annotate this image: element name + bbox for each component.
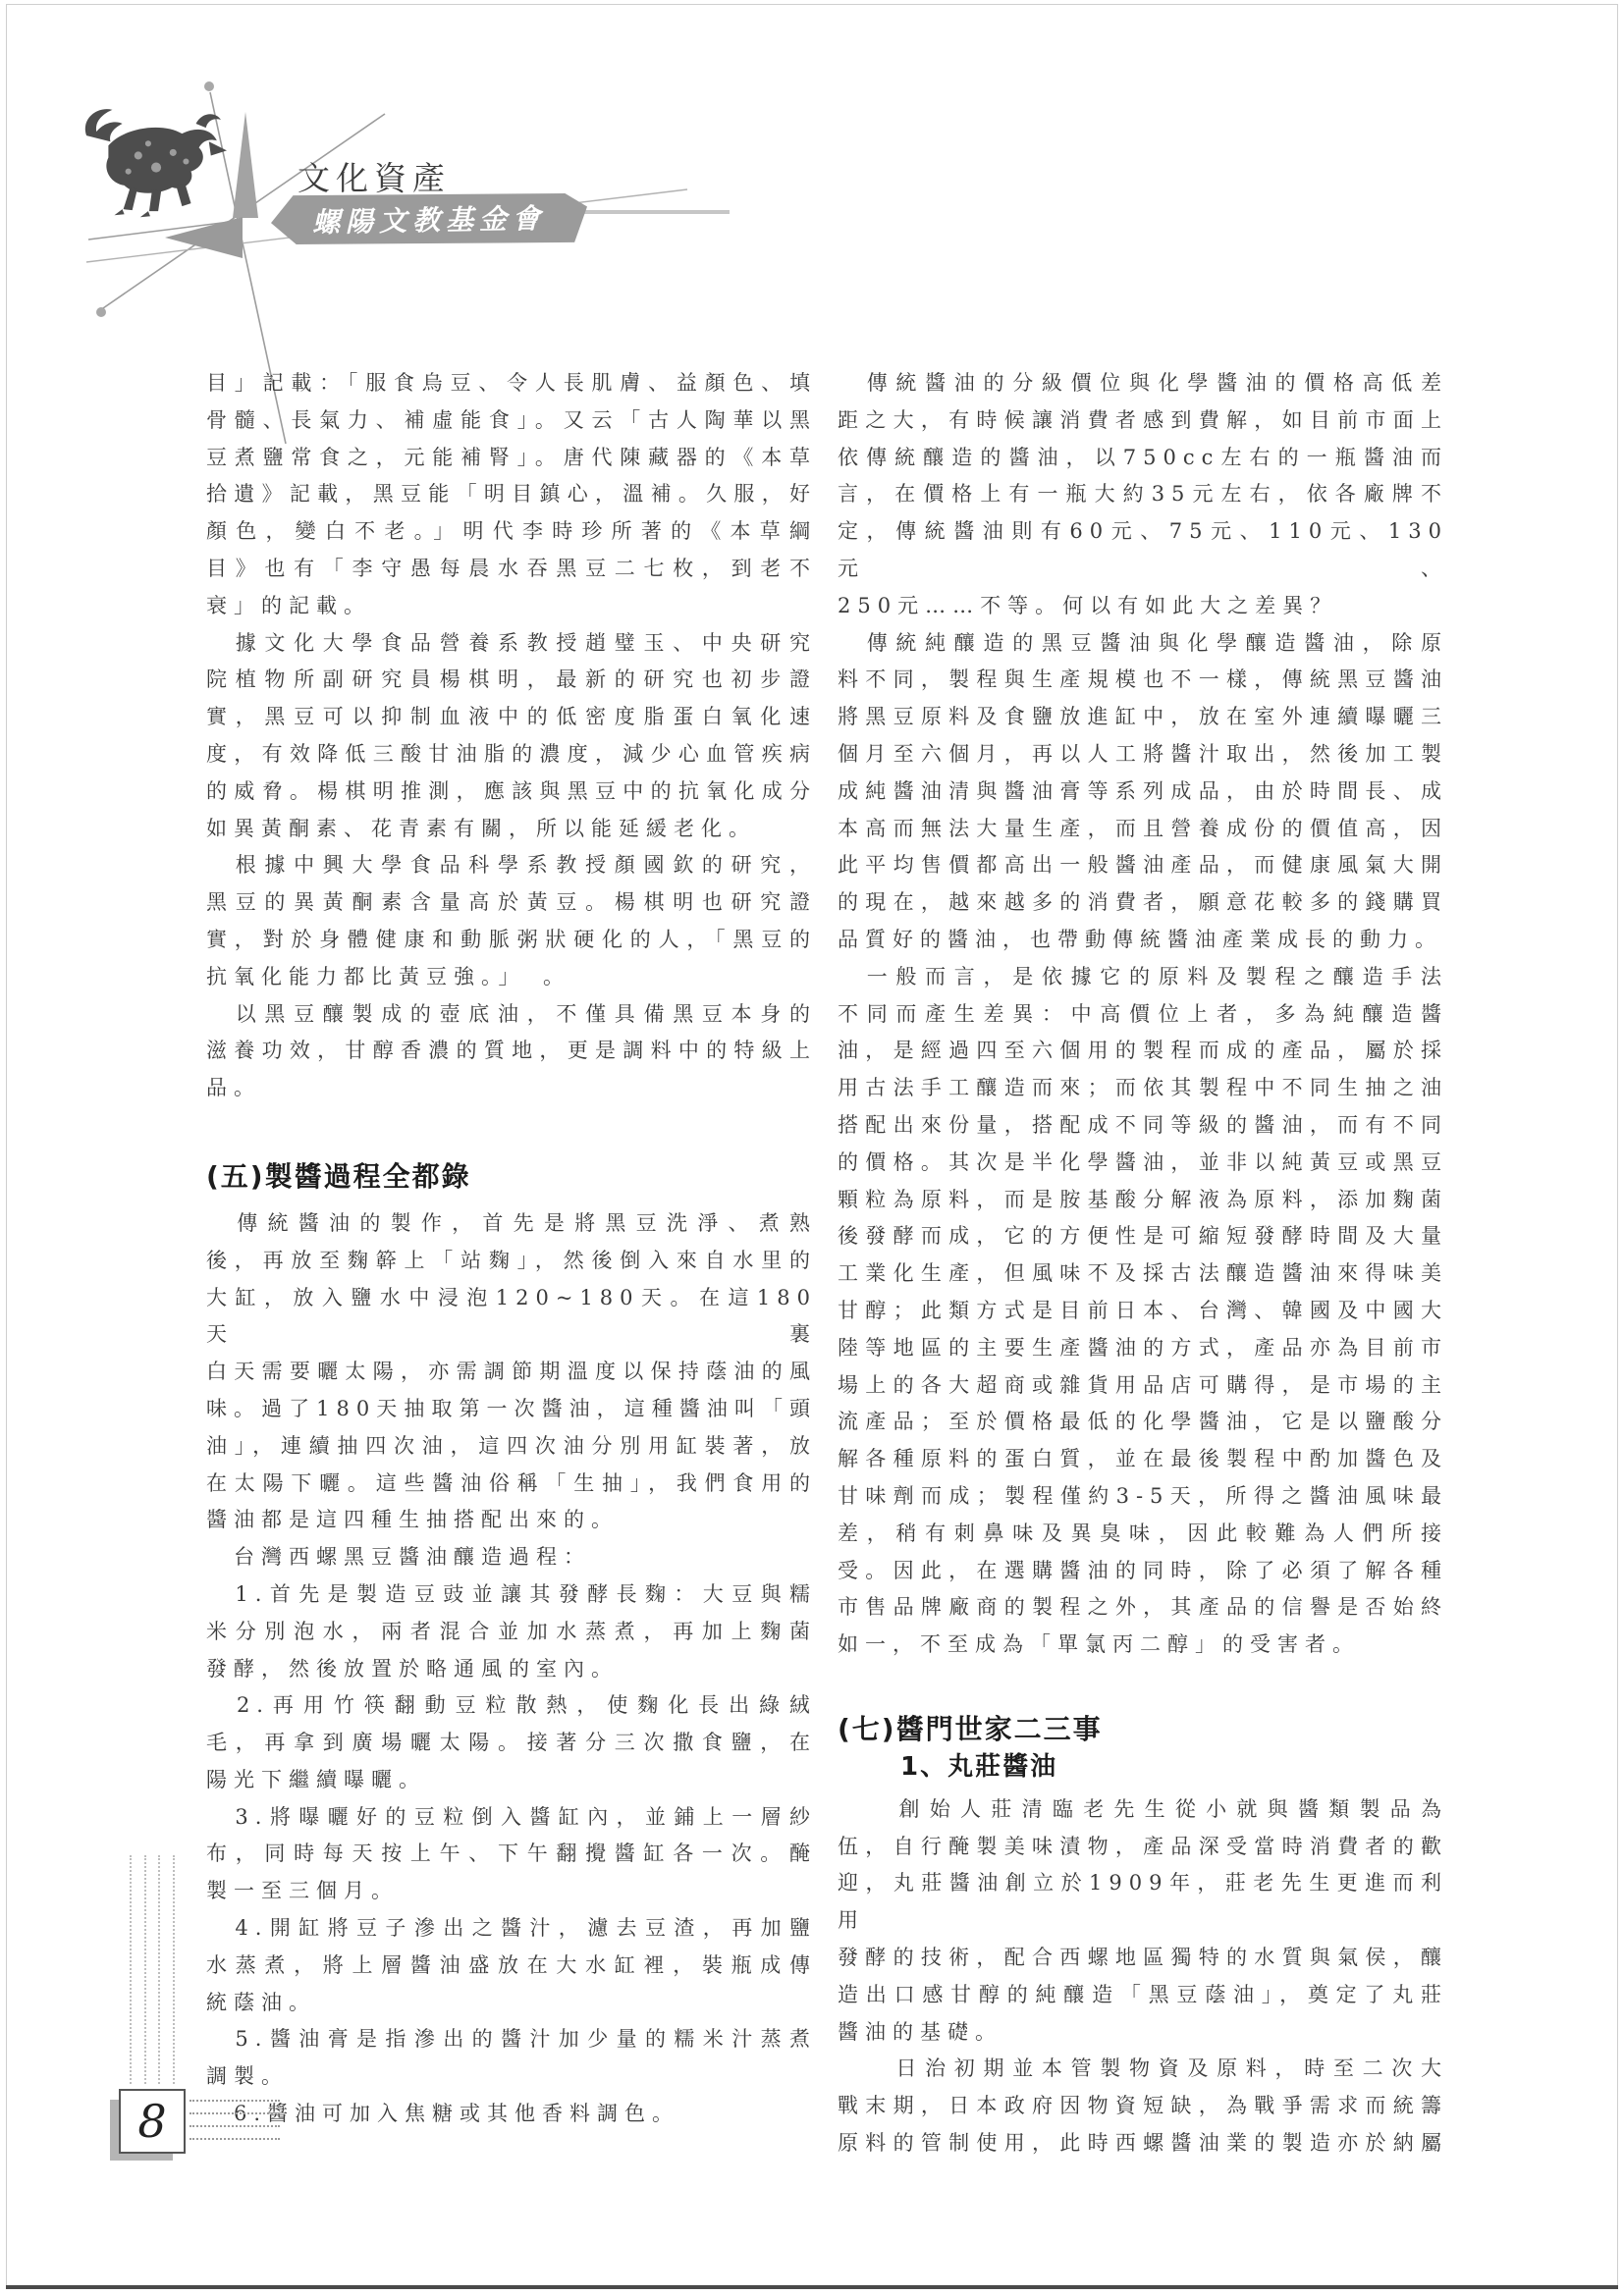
text-line: 油，是經過四至六個用的製程而成的產品，屬於採	[838, 1033, 1448, 1070]
text-line: 250元……不等。何以有如此大之差異？	[838, 588, 1448, 625]
decor-dot-bottom	[96, 307, 106, 317]
text-line: 解各種原料的蛋白質，並在最後製程中酌加醬色及	[838, 1441, 1448, 1478]
page-title: 文化資產	[298, 153, 451, 199]
section-heading: (五)製醬過程全都錄	[206, 1160, 817, 1194]
text-line: 個月至六個月，再以人工將醬汁取出，然後加工製	[838, 736, 1448, 774]
text-line: 實，對於身體健康和動脈粥狀硬化的人，「黑豆的	[206, 922, 817, 959]
text-line: 日治初期並本管製物資及原料，時至二次大	[838, 2051, 1448, 2088]
text-line: 5.醬油膏是指滲出的醬汁加少量的糯米汁蒸煮	[206, 2021, 817, 2058]
text-line: 後，再放至麴簳上「站麴」，然後倒入來自水里的	[206, 1243, 817, 1280]
text-line: 場上的各大超商或雜貨用品店可購得，是市場的主	[838, 1367, 1448, 1405]
text-line: 味。過了180天抽取第一次醬油，這種醬油叫「頭	[206, 1391, 817, 1428]
text-line: 品質好的醬油，也帶動傳統醬油產業成長的動力。	[838, 922, 1448, 959]
text-line: 甘醇；此類方式是目前日本、台灣、韓國及中國大	[838, 1293, 1448, 1330]
scanned-magazine-page: { "header": { "title": "文化資產", "banner_t…	[0, 0, 1624, 2296]
text-line: 以黑豆釀製成的壺底油，不僅具備黑豆本身的	[206, 996, 817, 1034]
text-line: 拾遺》記載，黑豆能「明目鎮心，溫補。久服，好	[206, 476, 817, 513]
text-line: 料不同，製程與生產規模也不一樣，傳統黑豆醬油	[838, 662, 1448, 699]
footer-dotted-hline	[189, 2100, 280, 2102]
text-line: 不同而產生差異：中高價位上者，多為純釀造醬	[838, 996, 1448, 1034]
bottom-rule	[6, 2285, 1618, 2289]
right-column: 傳統醬油的分級價位與化學醬油的價格高低差距之大，有時候讓消費者感到費解，如目前市…	[838, 365, 1448, 2163]
text-line: 距之大，有時候讓消費者感到費解，如目前市面上	[838, 402, 1448, 440]
text-line: 院植物所副研究員楊棋明，最新的研究也初步證	[206, 662, 817, 699]
left-column: 目」記載：「服食烏豆、令人長肌膚、益顏色、填骨髓、長氣力、補虛能食」。又云「古人…	[206, 365, 817, 2133]
text-line: 工業化生產，但風味不及採古法釀造醬油來得味美	[838, 1255, 1448, 1293]
text-line: 發酵，然後放置於略通風的室內。	[206, 1651, 817, 1688]
footer-dotted-vline	[173, 1855, 175, 2084]
footer-dotted-vline	[130, 1855, 132, 2084]
text-line: 調製。	[206, 2058, 817, 2096]
text-line: 目」記載：「服食烏豆、令人長肌膚、益顏色、填	[206, 365, 817, 402]
footer-dotted-vline	[144, 1855, 146, 2084]
text-line: 抗氧化能力都比黃豆強。」 。	[206, 959, 817, 996]
text-line: 實，黑豆可以抑制血液中的低密度脂蛋白氧化速	[206, 699, 817, 736]
page-number-box: 8	[119, 2089, 186, 2154]
text-line: 米分別泡水，兩者混合並加水蒸煮，再加上麴菌	[206, 1614, 817, 1651]
footer-dotted-vline	[158, 1855, 160, 2084]
text-line: 一般而言，是依據它的原料及製程之釀造手法	[838, 959, 1448, 996]
text-line: 6.醬油可加入焦糖或其他香料調色。	[206, 2096, 817, 2133]
text-line: 白天需要曬太陽，亦需調節期溫度以保持蔭油的風	[206, 1354, 817, 1391]
dragon-logo-icon	[79, 94, 228, 226]
text-line: 受。因此，在選購醬油的同時，除了必須了解各種	[838, 1553, 1448, 1590]
text-line: 骨髓、長氣力、補虛能食」。又云「古人陶華以黑	[206, 402, 817, 440]
text-line: 傳統純釀造的黑豆醬油與化學釀造醬油，除原	[838, 625, 1448, 663]
text-line: 如一，不至成為「單氯丙二醇」的受害者。	[838, 1627, 1448, 1664]
text-line: 顆粒為原料，而是胺基酸分解液為原料，添加麴菌	[838, 1182, 1448, 1219]
text-line: 市售品牌廠商的製程之外，其產品的信譽是否始終	[838, 1589, 1448, 1627]
text-line: 度，有效降低三酸甘油脂的濃度，減少心血管疾病	[206, 736, 817, 774]
text-line: 2.再用竹筷翻動豆粒散熱，使麴化長出綠絨	[206, 1687, 817, 1725]
text-line: 發酵的技術，配合西螺地區獨特的水質與氣侯，釀	[838, 1940, 1448, 1977]
text-line: 迎，丸莊醬油創立於1909年，莊老先生更進而利用	[838, 1865, 1448, 1940]
footer-dotted-hline	[189, 2138, 280, 2140]
text-line: 醬油的基礎。	[838, 2014, 1448, 2052]
text-line: 毛，再拿到廣場曬太陽。接著分三次撒食鹽，在	[206, 1725, 817, 1762]
text-line: 傳統醬油的分級價位與化學醬油的價格高低差	[838, 365, 1448, 402]
text-line: 3.將曝曬好的豆粒倒入醬缸內，並鋪上一層紗	[206, 1799, 817, 1837]
text-line: 在太陽下曬。這些醬油俗稱「生抽」，我們食用的	[206, 1466, 817, 1503]
text-line: 顏色，變白不老。」明代李時珍所著的《本草綱	[206, 513, 817, 551]
text-line: 台灣西螺黑豆醬油釀造過程：	[206, 1539, 817, 1576]
text-line: 伍，自行醃製美味漬物，產品深受當時消費者的歡	[838, 1829, 1448, 1866]
foundation-banner-text: 螺陽文教基金會	[312, 197, 547, 240]
text-line: 品。	[206, 1070, 817, 1107]
text-line: 傳統醬油的製作，首先是將黑豆洗淨、煮熟	[206, 1205, 817, 1243]
text-line: 定，傳統醬油則有60元、75元、110元、130元、	[838, 513, 1448, 588]
text-line: 差，稍有刺鼻味及異臭味，因此較難為人們所接	[838, 1516, 1448, 1553]
text-line: 本高而無法大量生產，而且營養成份的價值高，因	[838, 811, 1448, 848]
footer-dotted-hline	[189, 2112, 280, 2114]
text-line: 1.首先是製造豆豉並讓其發酵長麴：大豆與糯	[206, 1576, 817, 1614]
text-line: 製一至三個月。	[206, 1873, 817, 1910]
page-number: 8	[137, 2099, 166, 2144]
text-line: 戰末期，日本政府因物資短缺，為戰爭需求而統籌	[838, 2088, 1448, 2125]
text-line: 醬油都是這四種生抽搭配出來的。	[206, 1502, 817, 1539]
text-line: 依傳統釀造的醬油，以750cc左右的一瓶醬油而	[838, 440, 1448, 477]
text-line: 如異黃酮素、花青素有關，所以能延緩老化。	[206, 811, 817, 848]
text-line: 成純醬油清與醬油膏等系列成品，由於時間長、成	[838, 774, 1448, 811]
text-line: 的現在，越來越多的消費者，願意花較多的錢購買	[838, 884, 1448, 922]
text-line: 陸等地區的主要生產醬油的方式，產品亦為目前市	[838, 1330, 1448, 1367]
text-line: 後發酵而成，它的方便性是可縮短發酵時間及大量	[838, 1218, 1448, 1255]
text-line: 的威脅。楊棋明推測，應該與黑豆中的抗氧化成分	[206, 774, 817, 811]
text-line: 甘味劑而成；製程僅約3-5天，所得之醬油風味最	[838, 1478, 1448, 1516]
text-line: 的價格。其次是半化學醬油，並非以純黃豆或黑豆	[838, 1145, 1448, 1182]
text-line: 言，在價格上有一瓶大約35元左右，依各廠牌不	[838, 476, 1448, 513]
text-line: 布，同時每天按上午、下午翻攪醬缸各一次。醃	[206, 1836, 817, 1873]
section-heading: (七)醬門世家二三事	[838, 1713, 1448, 1746]
text-line: 根據中興大學食品科學系教授顏國欽的研究，	[206, 847, 817, 884]
text-line: 滋養功效，甘醇香濃的質地，更是調料中的特級上	[206, 1033, 817, 1070]
text-line: 流產品；至於價格最低的化學醬油，它是以鹽酸分	[838, 1404, 1448, 1441]
text-line: 水蒸煮，將上層醬油盛放在大水缸裡，裝瓶成傳	[206, 1948, 817, 1985]
text-line: 豆煮鹽常食之，元能補腎」。唐代陳藏器的《本草	[206, 440, 817, 477]
text-line: 衰」的記載。	[206, 588, 817, 625]
text-line: 陽光下繼續曝曬。	[206, 1762, 817, 1799]
text-line: 原料的管制使用，此時西螺醬油業的製造亦於納屬	[838, 2125, 1448, 2163]
text-line: 用古法手工釀造而來；而依其製程中不同生抽之油	[838, 1070, 1448, 1107]
text-line: 黑豆的異黃酮素含量高於黃豆。楊棋明也研究證	[206, 884, 817, 922]
text-line: 大缸，放入鹽水中浸泡120~180天。在這180天裏	[206, 1280, 817, 1355]
text-line: 目》也有「李守愚每晨水吞黑豆二七枚，到老不	[206, 551, 817, 588]
foundation-banner: 螺陽文教基金會	[271, 193, 587, 244]
footer-dotted-hline	[189, 2125, 280, 2127]
text-line: 創始人莊清臨老先生從小就與醬類製品為	[838, 1791, 1448, 1829]
text-line: 統蔭油。	[206, 1985, 817, 2022]
text-line: 4.開缸將豆子滲出之醬汁，濾去豆渣，再加鹽	[206, 1910, 817, 1948]
section-heading: 1、丸莊醬油	[838, 1750, 1448, 1784]
text-line: 此平均售價都高出一般醬油產品，而健康風氣大開	[838, 847, 1448, 884]
text-line: 將黑豆原料及食鹽放進缸中，放在室外連續曝曬三	[838, 699, 1448, 736]
text-line: 搭配出來份量，搭配成不同等級的醬油，而有不同	[838, 1107, 1448, 1145]
decor-triangle-tall	[233, 112, 258, 218]
text-line: 據文化大學食品營養系教授趙璧玉、中央研究	[206, 625, 817, 663]
decor-dot-top	[204, 81, 214, 91]
text-line: 油」，連續抽四次油，這四次油分別用缸裝著，放	[206, 1428, 817, 1466]
text-line: 造出口感甘醇的純釀造「黑豆蔭油」，奠定了丸莊	[838, 1977, 1448, 2014]
